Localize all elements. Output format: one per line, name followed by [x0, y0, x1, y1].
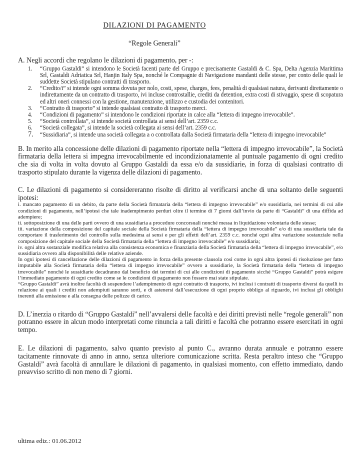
definition-number: 4.: [28, 112, 40, 119]
definition-text: “Credito/i” si intende ogni somma dovuta…: [40, 85, 343, 105]
section-a-heading: A. Negli accordi che regolano le dilazio…: [18, 57, 343, 65]
hypothesis-i: i. mancato pagamento di un debito, da pa…: [18, 202, 343, 220]
hypothesis-iv: iv. ogni altra sostanziale modifica rela…: [18, 244, 343, 256]
definitions-list: 1. “Gruppo Gastaldi” si intendono le Soc…: [28, 65, 343, 138]
document-page: DILAZIONI DI PAGAMENTO “Regole Generali”…: [0, 0, 360, 466]
definition-item-1: 1. “Gruppo Gastaldi” si intendono le Soc…: [28, 65, 343, 85]
definition-text: “Gruppo Gastaldi” si intendono le Societ…: [40, 65, 343, 85]
document-subtitle: “Regole Generali”: [18, 40, 291, 48]
definition-text: “Sussidiaria”, si intende una società co…: [40, 131, 343, 138]
definition-item-7: 7. “Sussidiaria”, si intende una società…: [28, 131, 343, 138]
section-e-paragraph: E. Le dilazioni di pagamento, salvo quan…: [18, 345, 343, 376]
document-title: DILAZIONI DI PAGAMENTO: [103, 21, 206, 30]
edition-note: ultima ediz.: 01.06.2012: [18, 437, 81, 445]
definition-text: “Condizioni di pagamento” si intendono l…: [40, 112, 343, 119]
definition-item-4: 4. “Condizioni di pagamento” si intendon…: [28, 112, 343, 119]
definition-number: 7.: [28, 131, 40, 138]
section-d-paragraph: D. L’inerzia o ritardo di “Gruppo Gastal…: [18, 310, 343, 333]
consequence-paragraph-2: “Gruppo Gastaldi” avrà inoltre facoltà d…: [18, 281, 343, 299]
definition-item-6: 6. “Società collegata”, si intende la so…: [28, 125, 343, 132]
section-b-paragraph: B. In merito alla concessione delle dila…: [18, 145, 343, 176]
section-c-details: i. mancato pagamento di un debito, da pa…: [18, 202, 343, 300]
document-body: DILAZIONI DI PAGAMENTO “Regole Generali”…: [0, 0, 360, 466]
definition-text: “Società collegata”, si intende la socie…: [40, 125, 343, 132]
section-c-intro: C. Le dilazioni di pagamento si consider…: [18, 186, 343, 202]
hypothesis-iii: iii. variazione della composizione del c…: [18, 226, 343, 244]
title-block: DILAZIONI DI PAGAMENTO “Regole Generali”: [18, 21, 343, 48]
consequence-paragraph-1: In ogni ipotesi di cancellazione delle d…: [18, 257, 343, 281]
definition-number: 1.: [28, 65, 40, 85]
definition-number: 2.: [28, 85, 40, 105]
definition-item-2: 2. “Credito/i” si intende ogni somma dov…: [28, 85, 343, 105]
